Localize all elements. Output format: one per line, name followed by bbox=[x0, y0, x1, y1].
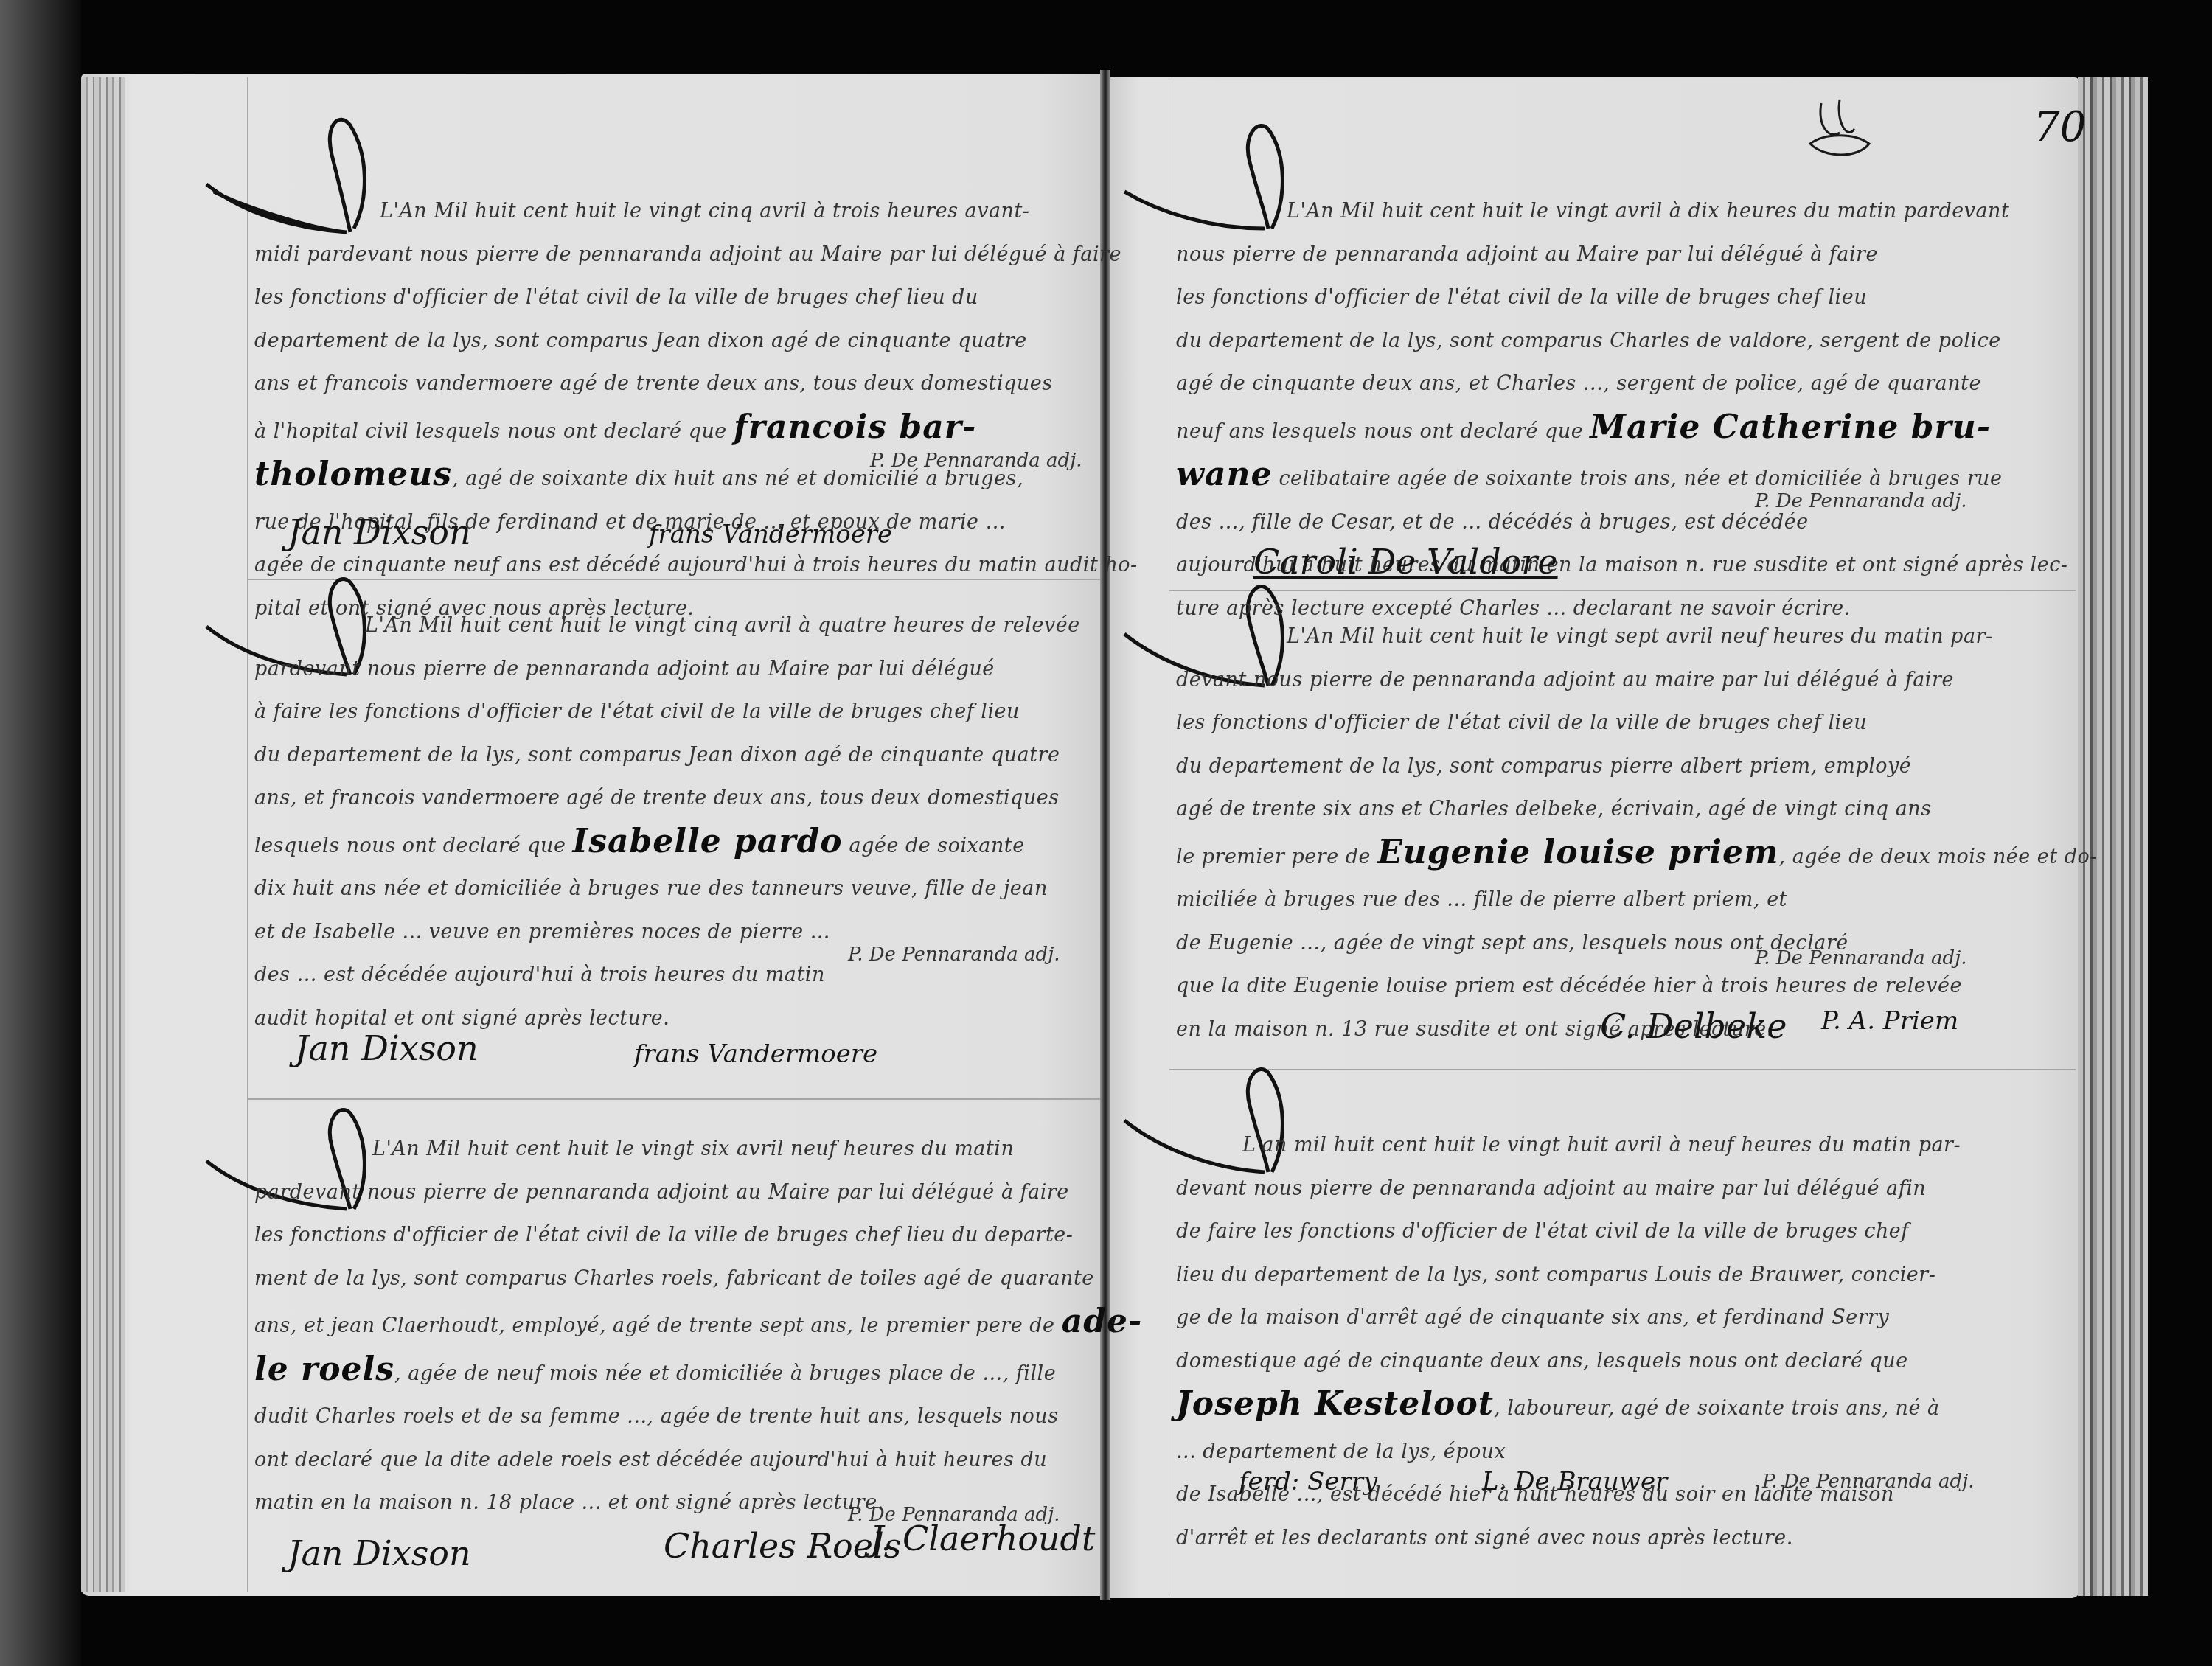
book-gutter bbox=[1100, 70, 1110, 1600]
record-line: d'arrêt et les declarants ont signé avec… bbox=[1176, 1517, 2068, 1561]
record-line: L'An Mil huit cent huit le vingt avril à… bbox=[1176, 190, 2068, 234]
witness-signature: Caroli De Valdore bbox=[1253, 542, 1558, 582]
record-line: les fonctions d'officier de l'état civil… bbox=[254, 1214, 1095, 1258]
deceased-name: Eugenie louise priem bbox=[1377, 834, 1778, 871]
witness-signature: P. A. Priem bbox=[1821, 1006, 1958, 1036]
entry-divider bbox=[247, 1098, 1102, 1100]
deceased-name: Isabelle pardo bbox=[573, 823, 843, 860]
record-line: lieu du departement de la lys, sont comp… bbox=[1176, 1254, 2068, 1297]
record-line: celibataire agée de soixante trois ans, … bbox=[1279, 467, 2002, 490]
record-line: agée de soixante bbox=[849, 834, 1025, 857]
witness-signature: Jan Dixson bbox=[288, 1533, 471, 1573]
record-line: les fonctions d'officier de l'état civil… bbox=[1176, 276, 2068, 320]
record-line: à faire les fonctions d'officier de l'ét… bbox=[254, 691, 1095, 734]
registrar-signature: P. De Pennaranda adj. bbox=[848, 944, 1060, 966]
left-margin-rule bbox=[247, 77, 248, 1592]
registrar-signature: P. De Pennaranda adj. bbox=[1755, 947, 1967, 969]
witness-signature: Jan Dixson bbox=[295, 1028, 479, 1068]
record-line: agé de trente six ans et Charles delbeke… bbox=[1176, 788, 2068, 832]
record-line: agé de cinquante deux ans, et Charles ..… bbox=[1176, 363, 2068, 406]
deceased-name: ade- bbox=[1062, 1303, 1143, 1340]
record-line: neuf ans lesquels nous ont declaré que bbox=[1176, 420, 1583, 443]
record-line: du departement de la lys, sont comparus … bbox=[1176, 745, 2068, 789]
record-line: domestique agé de cinquante deux ans, le… bbox=[1176, 1340, 2068, 1384]
record-line: devant nous pierre de pennaranda adjoint… bbox=[1176, 659, 2068, 703]
record-line: agée de deux mois née et do- bbox=[1792, 846, 2097, 868]
right-page-edge-stack bbox=[2078, 77, 2148, 1596]
record-line: du departement de la lys, sont comparus … bbox=[254, 734, 1095, 778]
record-line: ment de la lys, sont comparus Charles ro… bbox=[254, 1258, 1095, 1301]
witness-signature: J. Claerhoudt bbox=[870, 1519, 1096, 1558]
record-line: midi pardevant nous pierre de pennaranda… bbox=[254, 234, 1095, 277]
registrar-signature: P. De Pennaranda adj. bbox=[870, 450, 1082, 472]
record-line: du departement de la lys, sont comparus … bbox=[1176, 320, 2068, 363]
record-line: le premier pere de bbox=[1176, 846, 1371, 868]
witness-signature: Jan Dixson bbox=[288, 512, 471, 552]
witness-signature: ferd: Serry bbox=[1239, 1467, 1377, 1496]
record-line: laboureur, agé de soixante trois ans, né… bbox=[1507, 1397, 1939, 1420]
record-line: dix huit ans née et domiciliée à bruges … bbox=[254, 868, 1095, 911]
record-line: les fonctions d'officier de l'état civil… bbox=[1176, 702, 2068, 745]
death-record-entry: L'An Mil huit cent huit le vingt sept av… bbox=[1176, 616, 2068, 1051]
deceased-name: francois bar- bbox=[734, 408, 976, 446]
record-line: devant nous pierre de pennaranda adjoint… bbox=[1176, 1168, 2068, 1211]
record-line: que la dite Eugenie louise priem est déc… bbox=[1176, 965, 2068, 1008]
record-line: les fonctions d'officier de l'état civil… bbox=[254, 276, 1095, 320]
witness-signature: Charles Roels bbox=[664, 1526, 901, 1566]
registrar-signature: P. De Pennaranda adj. bbox=[1762, 1471, 1975, 1493]
record-line: ge de la maison d'arrêt agé de cinquante… bbox=[1176, 1297, 2068, 1340]
witness-signature: frans Vandermoere bbox=[634, 1039, 877, 1069]
record-line: L'an mil huit cent huit le vingt huit av… bbox=[1176, 1124, 2068, 1168]
right-margin-rule bbox=[1169, 81, 1169, 1596]
record-line: L'An Mil huit cent huit le vingt sept av… bbox=[1176, 616, 2068, 659]
record-line: departement de la lys, sont comparus Jea… bbox=[254, 320, 1095, 363]
record-line: ans, et francois vandermoere agé de tren… bbox=[254, 777, 1095, 820]
record-line: dudit Charles roels et de sa femme ..., … bbox=[254, 1395, 1095, 1439]
deceased-name: Joseph Kesteloot bbox=[1176, 1385, 1494, 1423]
scanner-edge-shadow bbox=[0, 0, 81, 1666]
registrar-monogram-icon bbox=[1799, 88, 1880, 170]
deceased-name: wane bbox=[1176, 456, 1272, 493]
death-record-entry: L'An Mil huit cent huit le vingt six avr… bbox=[254, 1128, 1095, 1525]
deceased-name: tholomeus bbox=[254, 456, 452, 493]
record-line: ont declaré que la dite adele roels est … bbox=[254, 1439, 1095, 1482]
record-line: agée de neuf mois née et domiciliée à br… bbox=[408, 1362, 1056, 1385]
left-page-edge-stack bbox=[81, 77, 125, 1592]
record-line: de faire les fonctions d'officier de l'é… bbox=[1176, 1210, 2068, 1254]
record-line: L'An Mil huit cent huit le vingt six avr… bbox=[254, 1128, 1095, 1171]
record-line: nous pierre de pennaranda adjoint au Mai… bbox=[1176, 234, 2068, 277]
witness-signature: L. De Brauwer bbox=[1482, 1467, 1667, 1496]
page-number: 70 bbox=[2034, 103, 2086, 151]
deceased-name: Marie Catherine bru- bbox=[1590, 408, 1991, 446]
record-line: pardevant nous pierre de pennaranda adjo… bbox=[254, 648, 1095, 691]
death-record-entry: L'An Mil huit cent huit le vingt cinq av… bbox=[254, 604, 1095, 1040]
record-line: ans et francois vandermoere agé de trent… bbox=[254, 363, 1095, 406]
record-line: L'An Mil huit cent huit le vingt cinq av… bbox=[254, 190, 1095, 234]
deceased-name: le roels bbox=[254, 1350, 394, 1388]
record-line: miciliée à bruges rue des ... fille de p… bbox=[1176, 879, 2068, 922]
witness-signature: C. Delbeke bbox=[1600, 1006, 1787, 1046]
death-record-entry: L'An Mil huit cent huit le vingt cinq av… bbox=[254, 190, 1095, 630]
record-line: à l'hopital civil lesquels nous ont decl… bbox=[254, 420, 727, 443]
record-line: ans, et jean Claerhoudt, employé, agé de… bbox=[254, 1314, 1055, 1337]
record-line: L'An Mil huit cent huit le vingt cinq av… bbox=[254, 604, 1095, 648]
registrar-signature: P. De Pennaranda adj. bbox=[1755, 490, 1967, 512]
record-line: lesquels nous ont declaré que bbox=[254, 834, 566, 857]
witness-signature: frans Vandermoere bbox=[649, 520, 892, 549]
record-line: pardevant nous pierre de pennaranda adjo… bbox=[254, 1171, 1095, 1215]
